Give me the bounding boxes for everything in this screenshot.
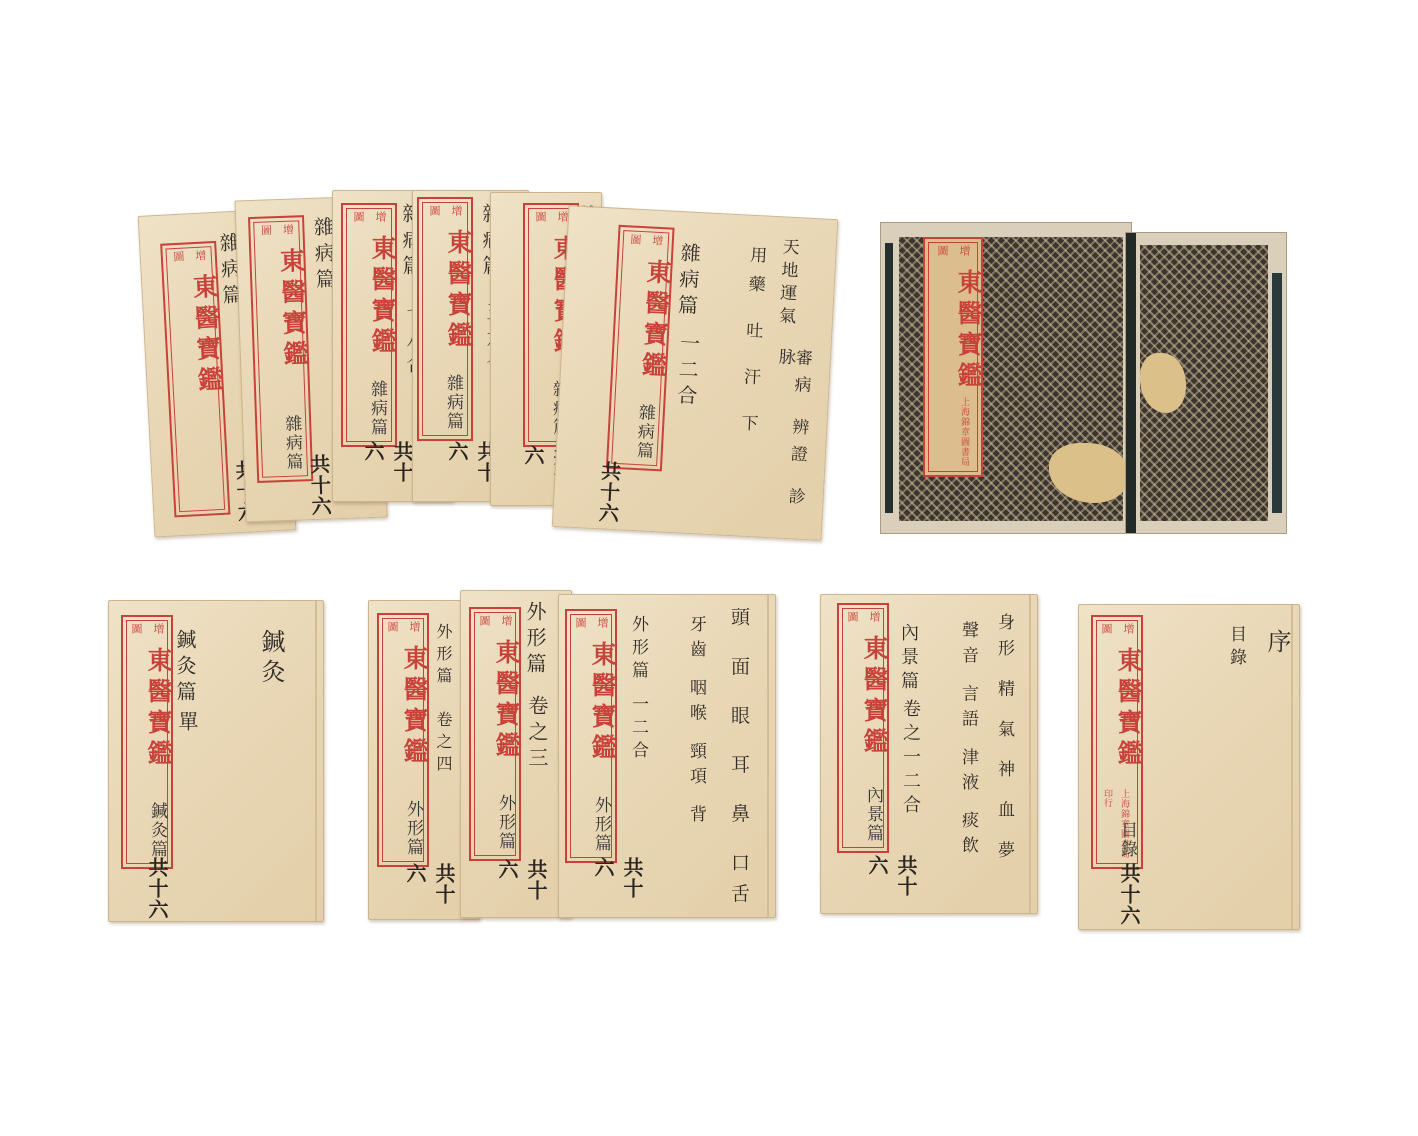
volume-number: 卷之三: [527, 695, 547, 773]
label-handwritten: 內景篇: [861, 786, 886, 843]
book-waixing-3: 圖增 東醫寶鑑 外形篇 外形篇 卷之三 共十六: [460, 590, 572, 918]
label-handwritten: 鍼灸篇: [145, 802, 170, 859]
label-zeng: 增: [192, 249, 209, 261]
label-zeng: 增: [594, 617, 610, 628]
volume-number: 單: [177, 711, 197, 737]
label-publisher: 上海錦章圖書局: [958, 397, 971, 467]
contents-line-3: 審病 辨證 診脉: [767, 347, 811, 539]
label-yinxing: 印行: [1101, 789, 1114, 807]
label-handwritten: 外形篇: [401, 800, 426, 857]
label-title: 東醫寶鑑: [379, 645, 427, 769]
label-tu: 圖: [844, 611, 860, 622]
label-tu: 圖: [170, 250, 187, 262]
volume-text: 內景篇: [899, 623, 917, 695]
book-neijing-12: 圖增 東醫寶鑑 內景篇 內景篇 卷之一二合 身形 精 氣 神 血 夢 聲音 言語…: [820, 594, 1038, 914]
label-title: 東醫寶鑑: [567, 641, 615, 765]
volume-text: 雜病篇: [676, 242, 700, 321]
label-tu: 圖: [384, 621, 400, 632]
label-zeng: 增: [649, 234, 666, 246]
title-label: 圖增 東醫寶鑑 雜病篇: [417, 197, 473, 441]
slipcase-flap: [1125, 232, 1287, 534]
count-text: 共十六: [1115, 863, 1144, 926]
slipcase-title-label: 圖增 東醫寶鑑 上海錦章圖書局: [923, 237, 983, 477]
contents-line-2: 牙齒 咽喉 頸項 背: [687, 615, 704, 830]
label-title: 東醫寶鑑: [123, 647, 171, 771]
label-zeng: 增: [406, 621, 422, 632]
volume-number: 卷之一二合: [901, 699, 919, 819]
label-title: 東醫寶鑑: [419, 229, 471, 353]
label-zeng: 增: [372, 211, 388, 222]
label-zeng: 增: [150, 623, 166, 634]
binding-strap: [1126, 233, 1136, 533]
spine: [315, 601, 317, 921]
label-title: 東醫寶鑑: [164, 273, 222, 400]
label-title: 東醫寶鑑: [612, 257, 670, 384]
label-zeng: 增: [1120, 623, 1136, 634]
label-handwritten: 外形篇: [493, 794, 518, 851]
title-label: 圖增 東醫寶鑑 雜病篇: [606, 225, 675, 472]
count-text: 共十六: [304, 453, 335, 517]
label-handwritten: 雜病篇: [441, 374, 466, 431]
contents-line-1: 頭 面 眼 耳 鼻 口舌: [729, 607, 748, 914]
book-zhenjiu: 圖增 東醫寶鑑 鍼灸篇 鍼灸 鍼灸篇 單 共十六: [108, 600, 324, 922]
label-title: 東醫寶鑑: [925, 269, 981, 393]
count-text: 共十六: [593, 460, 625, 524]
contents-line-2: 用藥 吐 汗 下: [737, 246, 764, 444]
preface-text: 序: [1265, 629, 1289, 659]
spine: [767, 595, 769, 917]
label-title: 東醫寶鑑: [839, 635, 887, 759]
title-label: 圖增 東醫寶鑑 內景篇: [837, 603, 889, 853]
count-text: 共十六: [143, 857, 172, 920]
title-label: 圖增 東醫寶鑑 外形篇: [377, 613, 429, 867]
heading-text: 鍼灸: [259, 629, 283, 689]
volume-text: 外形篇: [629, 615, 646, 684]
book-waixing-12: 圖增 東醫寶鑑 外形篇 外形篇 一二合 頭 面 眼 耳 鼻 口舌 牙齒 咽喉 頸…: [558, 594, 776, 918]
binding-strap: [885, 243, 893, 513]
label-title: 東醫寶鑑: [343, 235, 395, 359]
title-label: 圖增 東醫寶鑑 外形篇: [469, 607, 521, 861]
label-tu: 圖: [128, 623, 144, 634]
volume-number: 一二合: [675, 332, 699, 411]
title-label: 圖增 東醫寶鑑 雜病篇: [248, 215, 313, 483]
label-tu: 圖: [627, 233, 644, 245]
contents-line-1: 身形 精 氣 神 血 夢: [995, 613, 1012, 867]
label-tu: 圖: [572, 617, 588, 628]
label-tu: 圖: [934, 245, 950, 256]
label-handwritten: 外形篇: [589, 796, 614, 853]
contents-text: 目錄: [1227, 625, 1244, 671]
label-tu: 圖: [1098, 623, 1114, 634]
label-handwritten: 目錄: [1115, 821, 1140, 859]
label-title: 東醫寶鑑: [1093, 647, 1141, 771]
label-zeng: 增: [279, 223, 295, 235]
label-title: 東醫寶鑑: [471, 639, 519, 763]
contents-line-2: 聲音 言語 津液 痰飲: [959, 621, 976, 861]
title-label: 圖增 東醫寶鑑 鍼灸篇: [121, 615, 173, 869]
spine: [1029, 595, 1031, 913]
book-zabing-12: 圖增 東醫寶鑑 雜病篇 雜病篇 一二合 天地運氣 用藥 吐 汗 下 審病 辨證 …: [552, 205, 838, 541]
label-zeng: 增: [448, 205, 464, 216]
spine: [1291, 605, 1293, 929]
volume-text: 鍼灸篇: [175, 629, 195, 707]
volume-number: 一二合: [629, 695, 646, 764]
label-zeng: 增: [498, 615, 514, 626]
label-tu: 圖: [350, 211, 366, 222]
slipcase: 圖增 東醫寶鑑 上海錦章圖書局: [880, 222, 1132, 534]
count-text: 共十六: [589, 857, 647, 917]
binding-strap: [1272, 273, 1282, 513]
contents-line-1: 天地運氣: [775, 237, 797, 330]
title-label: 圖增 東醫寶鑑 雜病篇: [341, 203, 397, 447]
label-zeng: 增: [866, 611, 882, 622]
label-tu: 圖: [532, 211, 548, 222]
label-tu: 圖: [476, 615, 492, 626]
count-text: 共十六: [493, 859, 551, 917]
label-tu: 圖: [257, 224, 273, 236]
label-handwritten: 雜病篇: [365, 380, 390, 437]
count-text: 共十六: [359, 441, 417, 501]
label-handwritten: 雜病篇: [279, 414, 306, 472]
count-text: 共十六: [863, 855, 921, 913]
title-label: 圖增 東醫寶鑑 外形篇: [565, 609, 617, 863]
label-zeng: 增: [956, 245, 972, 256]
volume-text: 外形篇: [435, 623, 451, 689]
label-title: 東醫寶鑑: [251, 247, 307, 373]
volume-text: 外形篇: [525, 601, 545, 679]
book-xu-mulu: 圖增 東醫寶鑑 上海錦章圖書局 印行 目錄 序 目錄 共十六: [1078, 604, 1300, 930]
label-tu: 圖: [426, 205, 442, 216]
title-label: 圖增 東醫寶鑑 上海錦章圖書局 印行 目錄: [1091, 615, 1143, 869]
count-text: 共十六: [401, 863, 459, 919]
volume-number: 卷之四: [435, 711, 451, 777]
label-handwritten: 雜病篇: [630, 403, 658, 461]
